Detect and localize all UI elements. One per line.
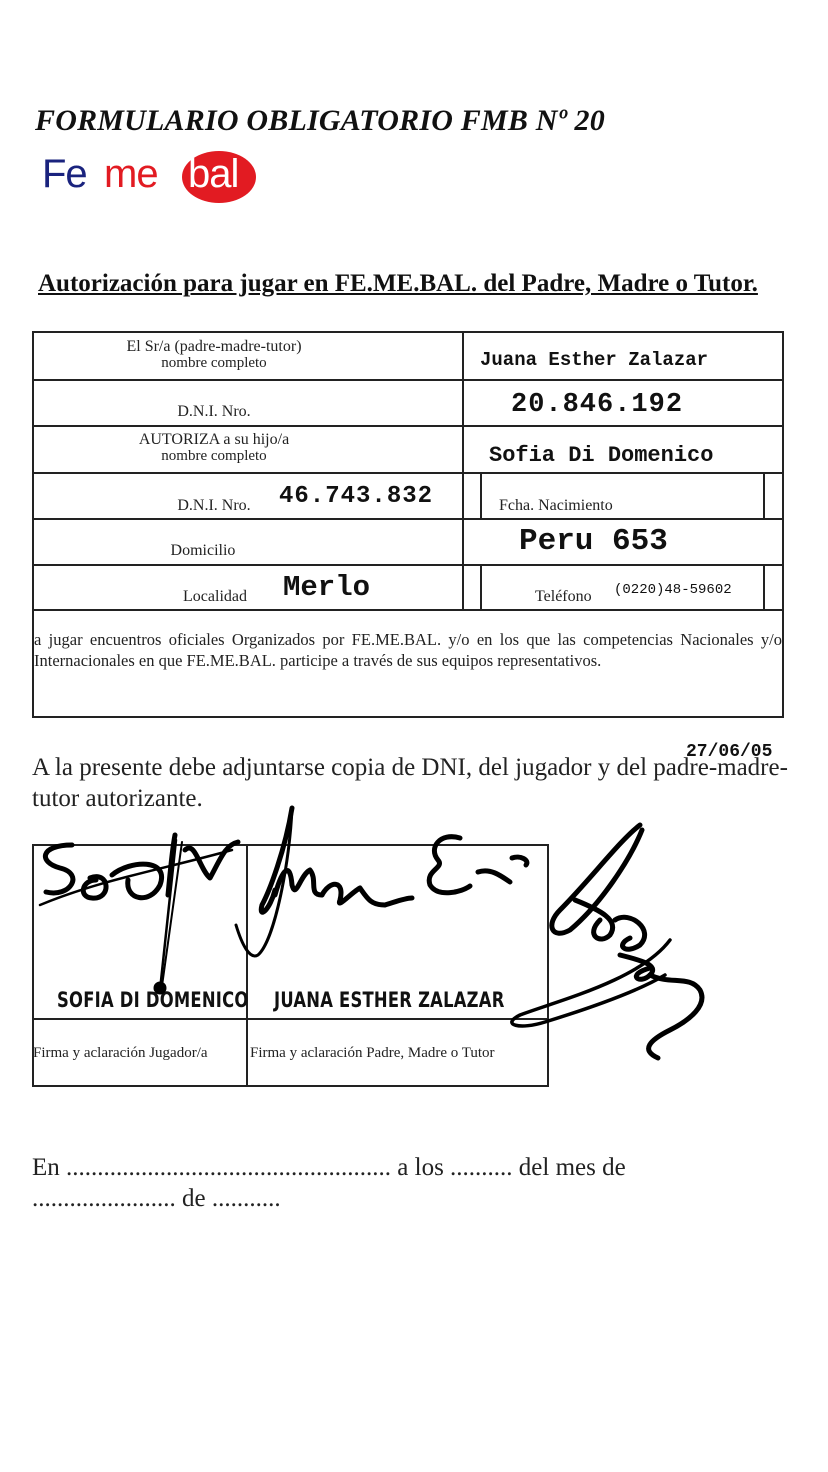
table-divider — [480, 472, 482, 520]
table-divider — [32, 1018, 549, 1020]
table-divider — [462, 331, 464, 611]
femebal-logo: Fe me bal — [42, 150, 257, 206]
table-divider — [32, 518, 784, 520]
logo-part-me: me — [104, 152, 158, 197]
address-field[interactable]: Peru 653 — [519, 524, 668, 559]
table-divider — [32, 472, 784, 474]
handwritten-signatures — [0, 0, 828, 1472]
tutor-signature-caption: Firma y aclaración Padre, Madre o Tutor — [250, 1045, 495, 1062]
place-date-line: En .....................................… — [32, 1152, 626, 1214]
form-subtitle: Autorización para jugar en FE.ME.BAL. de… — [38, 270, 758, 298]
table-divider — [32, 564, 784, 566]
table-border — [32, 844, 549, 846]
table-border — [32, 1085, 549, 1087]
tutor-name-label-line2: nombre completo — [32, 355, 396, 372]
address-label: Domicilio — [32, 542, 374, 559]
table-divider — [32, 379, 784, 381]
tutor-printed-name: JUANA ESTHER ZALAZAR — [274, 988, 505, 1012]
logo-part-fe: Fe — [42, 152, 87, 197]
tutor-name-field[interactable]: Juana Esther Zalazar — [480, 349, 708, 371]
table-border — [32, 331, 784, 333]
table-border — [547, 844, 549, 1087]
city-field[interactable]: Merlo — [283, 571, 370, 604]
table-divider — [480, 564, 482, 611]
child-name-label-line1: AUTORIZA a su hijo/a — [32, 431, 396, 448]
tutor-dni-field[interactable]: 20.846.192 — [511, 390, 683, 420]
player-signature — [40, 835, 238, 992]
player-printed-name: SOFIA DI DOMENICO — [57, 988, 249, 1012]
authorization-text: a jugar encuentros oficiales Organizados… — [34, 629, 782, 671]
tutor-name-label: El Sr/a (padre-madre-tutor) nombre compl… — [32, 338, 396, 372]
date-stamp: 27/06/05 — [686, 742, 772, 762]
phone-field[interactable]: (0220)48-59602 — [614, 582, 732, 598]
form-title: FORMULARIO OBLIGATORIO FMB Nº 20 — [35, 104, 605, 138]
table-divider — [32, 425, 784, 427]
phone-label: Teléfono — [535, 588, 592, 605]
player-signature-caption: Firma y aclaración Jugador/a — [33, 1045, 208, 1062]
table-divider — [763, 564, 765, 611]
place-date-line1[interactable]: En .....................................… — [32, 1152, 626, 1183]
table-divider — [246, 844, 248, 1087]
tutor-dni-label: D.N.I. Nro. — [32, 403, 396, 420]
child-dni-field[interactable]: 46.743.832 — [279, 483, 433, 510]
table-border — [32, 716, 784, 718]
child-name-label-line2: nombre completo — [32, 448, 396, 465]
place-date-line2[interactable]: ....................... de ........... — [32, 1183, 626, 1214]
birth-date-label: Fcha. Nacimiento — [499, 497, 613, 514]
logo-part-bal: bal — [188, 152, 238, 197]
table-border — [782, 331, 784, 718]
table-divider — [32, 609, 784, 611]
table-divider — [763, 472, 765, 520]
child-name-label: AUTORIZA a su hijo/a nombre completo — [32, 431, 396, 465]
tutor-name-label-line1: El Sr/a (padre-madre-tutor) — [32, 338, 396, 355]
child-name-field[interactable]: Sofia Di Domenico — [489, 443, 713, 468]
